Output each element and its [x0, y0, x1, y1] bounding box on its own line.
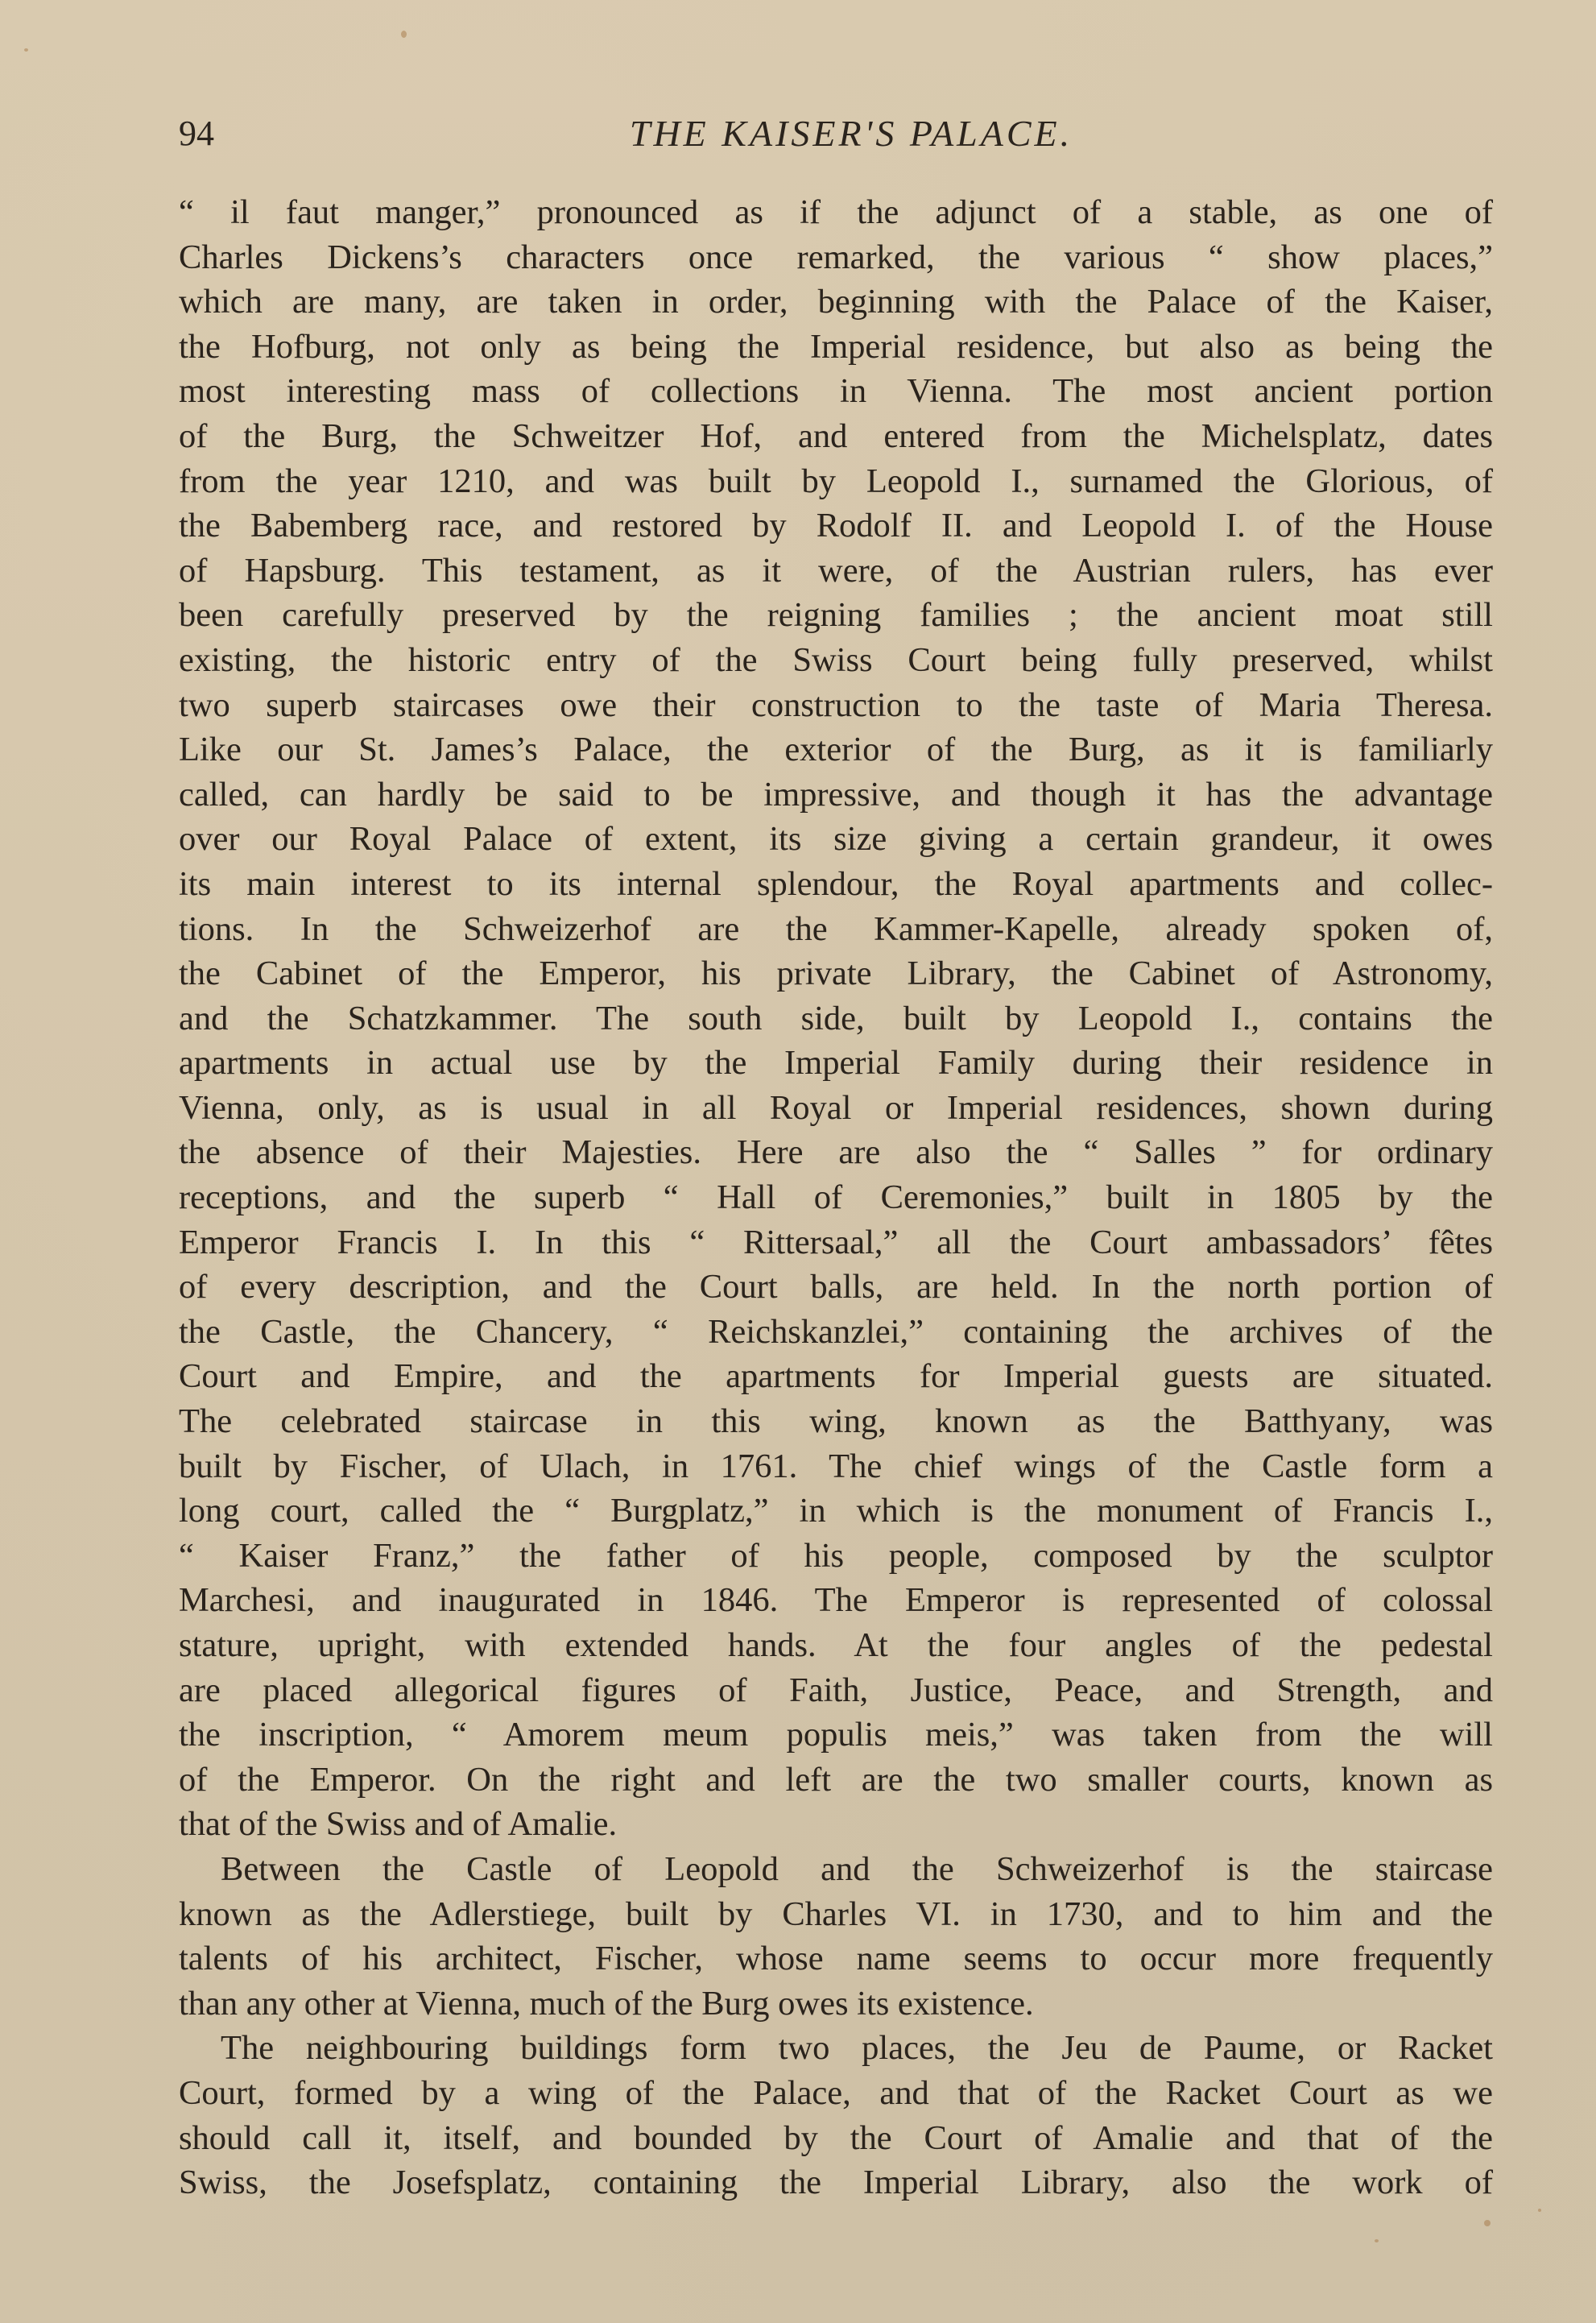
text-line: of the Emperor. On the right and left ar… — [179, 1758, 1493, 1803]
text-line: over our Royal Palace of extent, its siz… — [179, 817, 1493, 862]
paper-speck — [401, 31, 407, 38]
text-line: that of the Swiss and of Amalie. — [179, 1802, 1493, 1847]
running-head: 94 THE KAISER'S PALACE. — [179, 110, 1491, 158]
text-line: Swiss, the Josefsplatz, containing the I… — [179, 2160, 1493, 2205]
text-line: from the year 1210, and was built by Leo… — [179, 459, 1493, 504]
paper-speck — [1375, 2239, 1379, 2242]
text-line: the absence of their Majesties. Here are… — [179, 1130, 1493, 1175]
text-line: are placed allegorical figures of Faith,… — [179, 1668, 1493, 1713]
paper-speck — [1538, 2209, 1541, 2212]
text-line: called, can hardly be said to be impress… — [179, 772, 1493, 818]
text-line: the Babemberg race, and restored by Rodo… — [179, 503, 1493, 549]
text-line: The celebrated staircase in this wing, k… — [179, 1399, 1493, 1444]
text-line: Between the Castle of Leopold and the Sc… — [179, 1847, 1493, 1892]
text-line: The neighbouring buildings form two plac… — [179, 2026, 1493, 2071]
text-line: long court, called the “ Burgplatz,” in … — [179, 1489, 1493, 1534]
paragraph-3: The neighbouring buildings form two plac… — [179, 2026, 1493, 2205]
text-line: Like our St. James’s Palace, the exterio… — [179, 727, 1493, 772]
text-line: “ il faut manger,” pronounced as if the … — [179, 190, 1493, 235]
text-line: should call it, itself, and bounded by t… — [179, 2116, 1493, 2161]
text-line: of every description, and the Court ball… — [179, 1265, 1493, 1310]
text-line: built by Fischer, of Ulach, in 1761. The… — [179, 1444, 1493, 1489]
text-line: the Cabinet of the Emperor, his private … — [179, 951, 1493, 996]
text-line: Court and Empire, and the apartments for… — [179, 1354, 1493, 1399]
text-line: known as the Adlerstiege, built by Charl… — [179, 1892, 1493, 1937]
text-line: Court, formed by a wing of the Palace, a… — [179, 2071, 1493, 2116]
body-text: “ il faut manger,” pronounced as if the … — [179, 190, 1493, 2205]
text-line: than any other at Vienna, much of the Bu… — [179, 1981, 1493, 2027]
paper-speck — [1484, 2220, 1491, 2226]
text-line: Charles Dickens’s characters once remark… — [179, 235, 1493, 280]
paragraph-1: “ il faut manger,” pronounced as if the … — [179, 190, 1493, 1847]
text-line: talents of his architect, Fischer, whose… — [179, 1936, 1493, 1981]
text-line: the inscription, “ Amorem meum populis m… — [179, 1712, 1493, 1758]
text-line: apartments in actual use by the Imperial… — [179, 1041, 1493, 1086]
text-line: two superb staircases owe their construc… — [179, 683, 1493, 728]
text-line: which are many, are taken in order, begi… — [179, 280, 1493, 325]
text-line: most interesting mass of collections in … — [179, 369, 1493, 414]
text-line: stature, upright, with extended hands. A… — [179, 1623, 1493, 1668]
text-line: tions. In the Schweizerhof are the Kamme… — [179, 907, 1493, 952]
text-line: receptions, and the superb “ Hall of Cer… — [179, 1175, 1493, 1220]
text-line: existing, the historic entry of the Swis… — [179, 638, 1493, 683]
text-line: and the Schatzkammer. The south side, bu… — [179, 996, 1493, 1041]
paper-speck — [24, 48, 28, 52]
text-line: Emperor Francis I. In this “ Rittersaal,… — [179, 1220, 1493, 1265]
text-line: Vienna, only, as is usual in all Royal o… — [179, 1086, 1493, 1131]
text-line: its main interest to its internal splend… — [179, 862, 1493, 907]
running-title: THE KAISER'S PALACE. — [179, 110, 1491, 158]
paragraph-2: Between the Castle of Leopold and the Sc… — [179, 1847, 1493, 2026]
text-line: of the Burg, the Schweitzer Hof, and ent… — [179, 414, 1493, 459]
text-line: the Hofburg, not only as being the Imper… — [179, 325, 1493, 370]
text-line: been carefully preserved by the reigning… — [179, 593, 1493, 638]
book-page: 94 THE KAISER'S PALACE. “ il faut manger… — [0, 0, 1596, 2323]
text-line: Marchesi, and inaugurated in 1846. The E… — [179, 1578, 1493, 1623]
text-line: the Castle, the Chancery, “ Reichskanzle… — [179, 1310, 1493, 1355]
text-line: of Hapsburg. This testament, as it were,… — [179, 549, 1493, 594]
text-line: “ Kaiser Franz,” the father of his peopl… — [179, 1534, 1493, 1579]
